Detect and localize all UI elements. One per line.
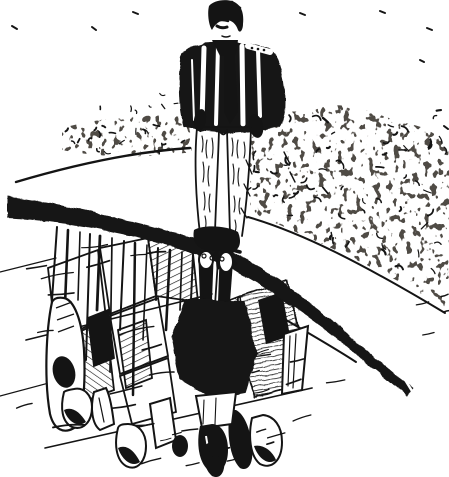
man-brow (216, 20, 228, 21)
illustration: Black-and-white pen-and-ink drawing of a… (0, 0, 449, 477)
illustration-canvas (0, 0, 449, 477)
reflected-shoe-right (219, 252, 233, 272)
man-eyes (217, 26, 227, 28)
